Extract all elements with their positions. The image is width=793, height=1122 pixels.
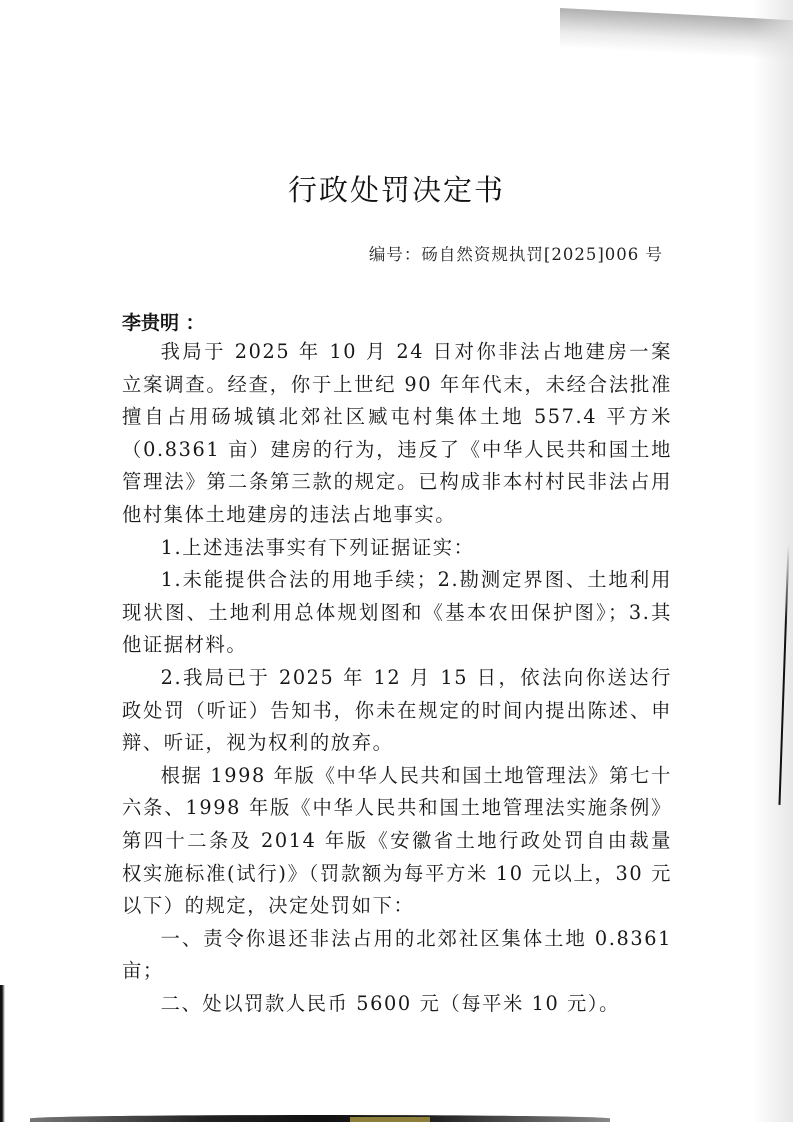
document-number: 编号：砀自然资规执罚[2025]006 号 bbox=[369, 241, 663, 265]
paragraph-notice-served: 2.我局已于 2025 年 12 月 15 日，依法向你送达行政处罚（听证）告知… bbox=[122, 662, 672, 760]
paragraph-evidence-heading: 1.上述违法事实有下列证据证实： bbox=[122, 532, 672, 565]
document-body: 我局于 2025 年 10 月 24 日对你非法占地建房一案立案调查。经查，你于… bbox=[122, 336, 672, 1020]
scan-edge-bottom-tint bbox=[350, 1117, 430, 1122]
paragraph-legal-basis: 根据 1998 年版《中华人民共和国土地管理法》第七十六条、1998 年版《中华… bbox=[122, 760, 672, 923]
scan-edge-line-left bbox=[0, 985, 5, 1122]
paragraph-case-facts: 我局于 2025 年 10 月 24 日对你非法占地建房一案立案调查。经查，你于… bbox=[122, 336, 672, 532]
paragraph-evidence-list: 1.未能提供合法的用地手续；2.勘测定界图、土地利用现状图、土地利用总体规划图和… bbox=[122, 564, 672, 662]
paragraph-penalty-fine: 二、处以罚款人民币 5600 元（每平米 10 元）。 bbox=[122, 988, 672, 1021]
scan-edge-bottom bbox=[30, 1115, 610, 1122]
document-title: 行政处罚决定书 bbox=[0, 168, 793, 209]
paragraph-penalty-return-land: 一、责令你退还非法占用的北郊社区集体土地 0.8361 亩； bbox=[122, 923, 672, 988]
addressee: 李贵明 ： bbox=[122, 308, 205, 335]
